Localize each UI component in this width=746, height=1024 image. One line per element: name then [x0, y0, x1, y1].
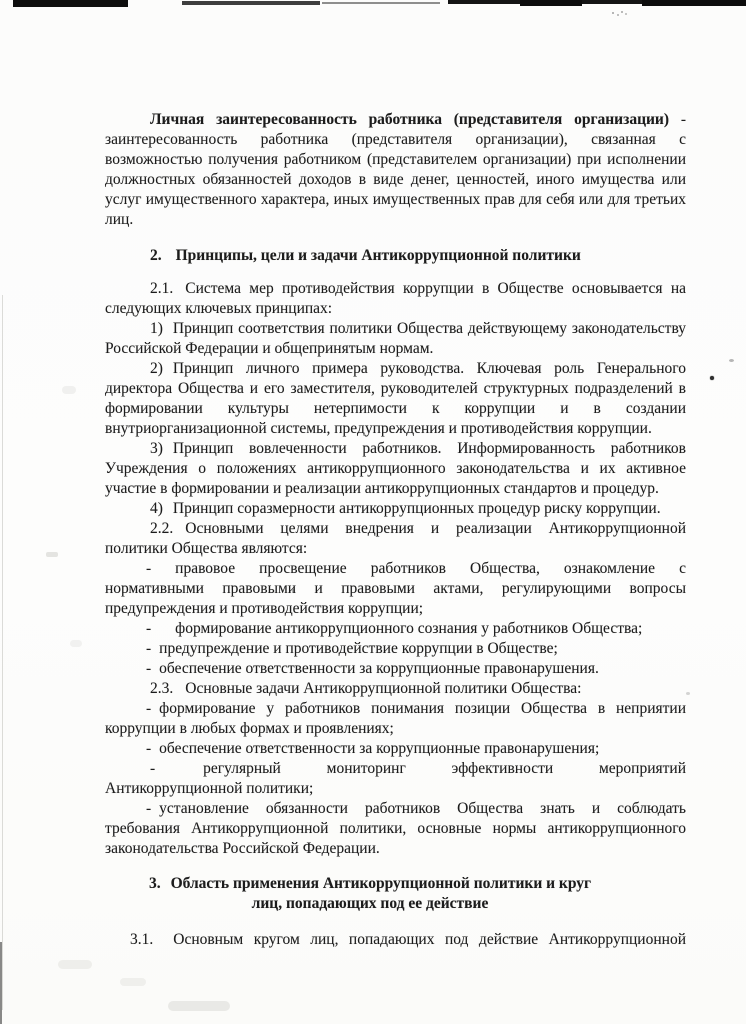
paragraph-personal-interest: Личная заинтересованность работника (пре…	[105, 110, 686, 230]
paragraph-2-2-text: Основными целями внедрения и реализации …	[105, 520, 686, 557]
paragraph-3-1: 3.1.Основным кругом лиц, попадающих под …	[105, 930, 686, 950]
scan-artifact-curl-right	[729, 359, 734, 362]
scan-artifact-speckle-top-right	[612, 12, 614, 14]
principle-item-2-number: 2)	[150, 360, 163, 377]
principle-item-3-number: 3)	[150, 440, 163, 457]
goal-item-3: -предупреждение и противодействие корруп…	[105, 639, 686, 659]
section-2-heading: 2.Принципы, цели и задачи Антикоррупцион…	[105, 246, 686, 266]
task-item-1-marker: -	[146, 700, 151, 717]
principle-item-1: 1)Принцип соответствия политики Общества…	[105, 319, 686, 359]
task-item-3-marker: -	[150, 760, 155, 777]
paragraph-2-1-number: 2.1.	[150, 280, 173, 297]
task-item-1-text: формирование у работников понимания пози…	[105, 700, 686, 737]
scan-artifact-smudge-bottom-2	[58, 960, 92, 969]
principle-item-3: 3)Принцип вовлеченности работников. Инфо…	[105, 439, 686, 499]
task-item-4-text: установление обязанности работников Обще…	[105, 800, 686, 857]
section-3-heading-line-1: 3.Область применения Антикоррупционной п…	[105, 874, 635, 894]
task-item-4: -установление обязанности работников Общ…	[105, 799, 686, 859]
section-2-number: 2.	[150, 247, 162, 264]
scan-artifact-speck-left	[46, 552, 58, 557]
task-item-1: -формирование у работников понимания поз…	[105, 699, 686, 739]
paragraph-2-3-text: Основные задачи Антикоррупционной полити…	[185, 680, 581, 697]
paragraph-2-3-number: 2.3.	[150, 680, 173, 697]
scan-artifact-smudge-left-3	[70, 640, 82, 647]
document-text-column: Личная заинтересованность работника (пре…	[105, 110, 686, 950]
scan-artifact-smudge-bottom-1	[168, 1001, 230, 1011]
paragraph-2-2-number: 2.2.	[150, 520, 173, 537]
goal-item-1-text: правовое просвещение работников Общества…	[105, 560, 686, 617]
goal-item-3-text: предупреждение и противодействие коррупц…	[159, 640, 558, 657]
goal-item-2: -формирование антикоррупционного сознани…	[105, 619, 686, 639]
scan-artifact-left-edge-line	[2, 295, 3, 1010]
scan-artifact-dot-right	[710, 376, 714, 380]
goal-item-1: -правовое просвещение работников Обществ…	[105, 559, 686, 619]
scan-artifact-smudge-left-2	[62, 386, 76, 394]
scanned-page: Личная заинтересованность работника (пре…	[0, 0, 746, 1024]
goal-item-4: -обеспечение ответственности за коррупци…	[105, 659, 686, 679]
goal-item-3-marker: -	[146, 640, 151, 657]
term-personal-interest: Личная заинтересованность работника (пре…	[150, 111, 669, 128]
task-item-2-marker: -	[146, 740, 151, 757]
task-item-4-marker: -	[146, 800, 151, 817]
section-2-title: Принципы, цели и задачи Антикоррупционно…	[176, 247, 581, 264]
paragraph-personal-interest-text: - заинтересованность работника (представ…	[105, 111, 686, 228]
section-3-heading: 3.Область применения Антикоррупционной п…	[105, 874, 635, 914]
goal-item-2-text: формирование антикоррупционного сознания…	[175, 620, 642, 637]
section-3-title-line-2: лиц, попадающих под ее действие	[105, 894, 635, 914]
scan-artifact-speck-right-mid	[686, 692, 690, 695]
scan-artifact-top-bar-6	[642, 0, 746, 6]
paragraph-2-2: 2.2.Основными целями внедрения и реализа…	[105, 519, 686, 559]
scan-artifact-top-bar-3	[322, 2, 440, 4]
paragraph-2-1-text: Система мер противодействия коррупции в …	[105, 280, 686, 317]
goal-item-2-marker: -	[146, 620, 151, 637]
goal-item-4-text: обеспечение ответственности за коррупцио…	[159, 660, 599, 677]
principle-item-3-text: Принцип вовлеченности работников. Информ…	[105, 440, 686, 497]
task-item-2: -обеспечение ответственности за коррупци…	[105, 739, 686, 759]
section-3-number: 3.	[149, 875, 161, 892]
task-item-3-text: регулярный мониторинг эффективности меро…	[105, 760, 686, 797]
task-item-3: -регулярный мониторинг эффективности мер…	[105, 759, 686, 799]
paragraph-3-1-number: 3.1.	[130, 931, 153, 948]
scan-artifact-top-bar-4	[448, 0, 746, 4]
scan-artifact-top-bar-5	[520, 0, 582, 6]
principle-item-4-number: 4)	[150, 500, 163, 517]
paragraph-2-3: 2.3.Основные задачи Антикоррупционной по…	[105, 679, 686, 699]
paragraph-2-1: 2.1.Система мер противодействия коррупци…	[105, 279, 686, 319]
scan-artifact-smudge-bottom-3	[120, 978, 146, 986]
goal-item-1-marker: -	[146, 560, 151, 577]
scan-artifact-top-bar-2	[182, 1, 320, 5]
section-3-title-line-1: Область применения Антикоррупционной пол…	[171, 875, 592, 892]
principle-item-2: 2)Принцип личного примера руководства. К…	[105, 359, 686, 439]
scan-artifact-top-bar-1	[13, 0, 128, 7]
principle-item-2-text: Принцип личного примера руководства. Клю…	[105, 360, 686, 437]
paragraph-3-1-text: Основным кругом лиц, попадающих под дейс…	[173, 931, 686, 948]
goal-item-4-marker: -	[146, 660, 151, 677]
principle-item-4-text: Принцип соразмерности антикоррупционных …	[173, 500, 661, 517]
scan-artifact-bottom-left-sliver	[0, 942, 2, 1024]
principle-item-4: 4)Принцип соразмерности антикоррупционны…	[105, 499, 686, 519]
principle-item-1-text: Принцип соответствия политики Общества д…	[105, 320, 686, 357]
principle-item-1-number: 1)	[150, 320, 163, 337]
task-item-2-text: обеспечение ответственности за коррупцио…	[159, 740, 599, 757]
